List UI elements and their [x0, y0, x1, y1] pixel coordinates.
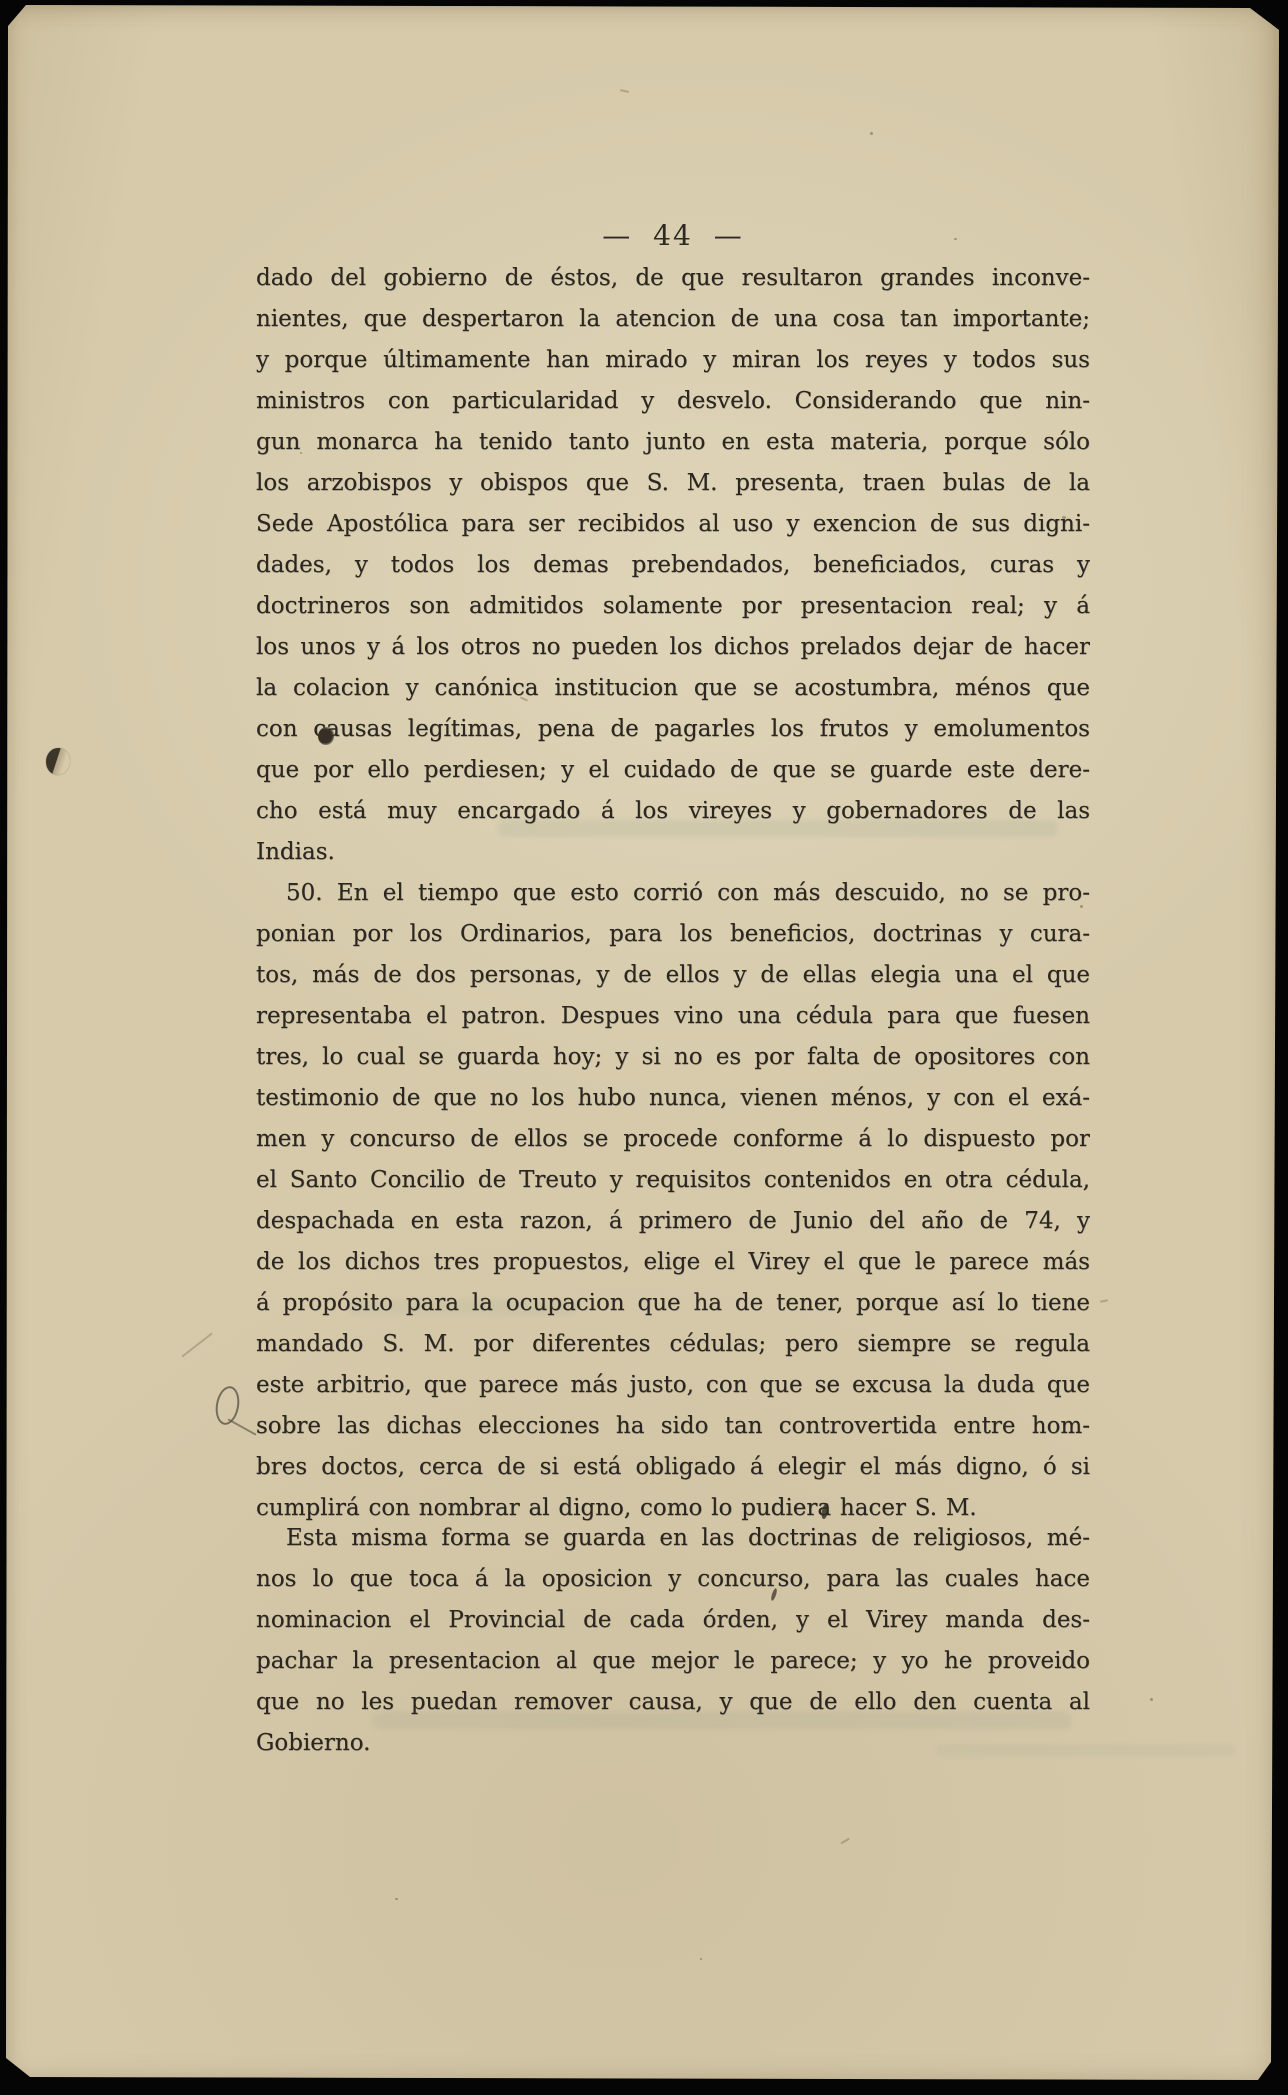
paragraph-2: 50. En el tiempo que esto corrió con más…: [256, 873, 1090, 1529]
text-line: los unos y á los otros no pueden los dic…: [256, 627, 1090, 668]
text-line: Indias.: [256, 832, 1090, 873]
paragraph-3: Esta misma forma se guarda en las doctri…: [256, 1518, 1090, 1764]
text-line: gun monarca ha tenido tanto junto en est…: [256, 422, 1090, 463]
text-line: tos, más de dos personas, y de ellos y d…: [256, 955, 1090, 996]
text-line: Sede Apostólica para ser recibidos al us…: [256, 504, 1090, 545]
paper-fleck: [1150, 1698, 1153, 1701]
text-line: dades, y todos los demas prebendados, be…: [256, 545, 1090, 586]
text-line: 50. En el tiempo que esto corrió con más…: [256, 873, 1090, 914]
text-line: que por ello perdiesen; y el cuidado de …: [256, 750, 1090, 791]
text-line: pachar la presentacion al que mejor le p…: [256, 1641, 1090, 1682]
text-line: que no les puedan remover causa, y que d…: [256, 1682, 1090, 1723]
text-line: representaba el patron. Despues vino una…: [256, 996, 1090, 1037]
text-line: este arbitrio, que parece más justo, con…: [256, 1365, 1090, 1406]
text-line: mandado S. M. por diferentes cédulas; pe…: [256, 1324, 1090, 1365]
text-line: ministros con particularidad y desvelo. …: [256, 381, 1090, 422]
text-line: la colacion y canónica institucion que s…: [256, 668, 1090, 709]
paper-fleck: [954, 238, 957, 240]
text-line: los arzobispos y obispos que S. M. prese…: [256, 463, 1090, 504]
paragraph-1: dado del gobierno de éstos, de que resul…: [256, 258, 1090, 873]
paper-fleck: [1062, 516, 1066, 519]
text-line: con causas legítimas, pena de pagarles l…: [256, 709, 1090, 750]
scanned-book-page: — 44 — dado del gobierno de éstos, de qu…: [0, 0, 1288, 2095]
text-line: cho está muy encargado á los vireyes y g…: [256, 791, 1090, 832]
text-line: nos lo que toca á la oposicion y concurs…: [256, 1559, 1090, 1600]
ink-blot-text: [318, 727, 334, 745]
text-line: el Santo Concilio de Treuto y requisitos…: [256, 1160, 1090, 1201]
text-line: doctrineros son admitidos solamente por …: [256, 586, 1090, 627]
text-line: despachada en esta razon, á primero de J…: [256, 1201, 1090, 1242]
text-line: testimonio de que no los hubo nunca, vie…: [256, 1078, 1090, 1119]
text-line: nominacion el Provincial de cada órden, …: [256, 1600, 1090, 1641]
text-line: ponian por los Ordinarios, para los bene…: [256, 914, 1090, 955]
text-line: tres, lo cual se guarda hoy; y si no es …: [256, 1037, 1090, 1078]
text-line: Esta misma forma se guarda en las doctri…: [256, 1518, 1090, 1559]
text-line: de los dichos tres propuestos, elige el …: [256, 1242, 1090, 1283]
text-line: bres doctos, cerca de si está obligado á…: [256, 1447, 1090, 1488]
paper-fleck: [1080, 905, 1083, 908]
text-line: dado del gobierno de éstos, de que resul…: [256, 258, 1090, 299]
paper-fleck: [700, 1958, 702, 1960]
text-line: Gobierno.: [256, 1723, 1090, 1764]
text-line: y porque últimamente han mirado y miran …: [256, 340, 1090, 381]
paper-fleck: [870, 132, 873, 135]
text-line: á propósito para la ocupacion que ha de …: [256, 1283, 1090, 1324]
page-number: — 44 —: [256, 214, 1090, 258]
text-line: men y concurso de ellos se procede confo…: [256, 1119, 1090, 1160]
paper-fleck: [300, 452, 302, 454]
paper-fleck: [395, 1898, 398, 1900]
text-line: sobre las dichas elecciones ha sido tan …: [256, 1406, 1090, 1447]
text-line: nientes, que despertaron la atencion de …: [256, 299, 1090, 340]
